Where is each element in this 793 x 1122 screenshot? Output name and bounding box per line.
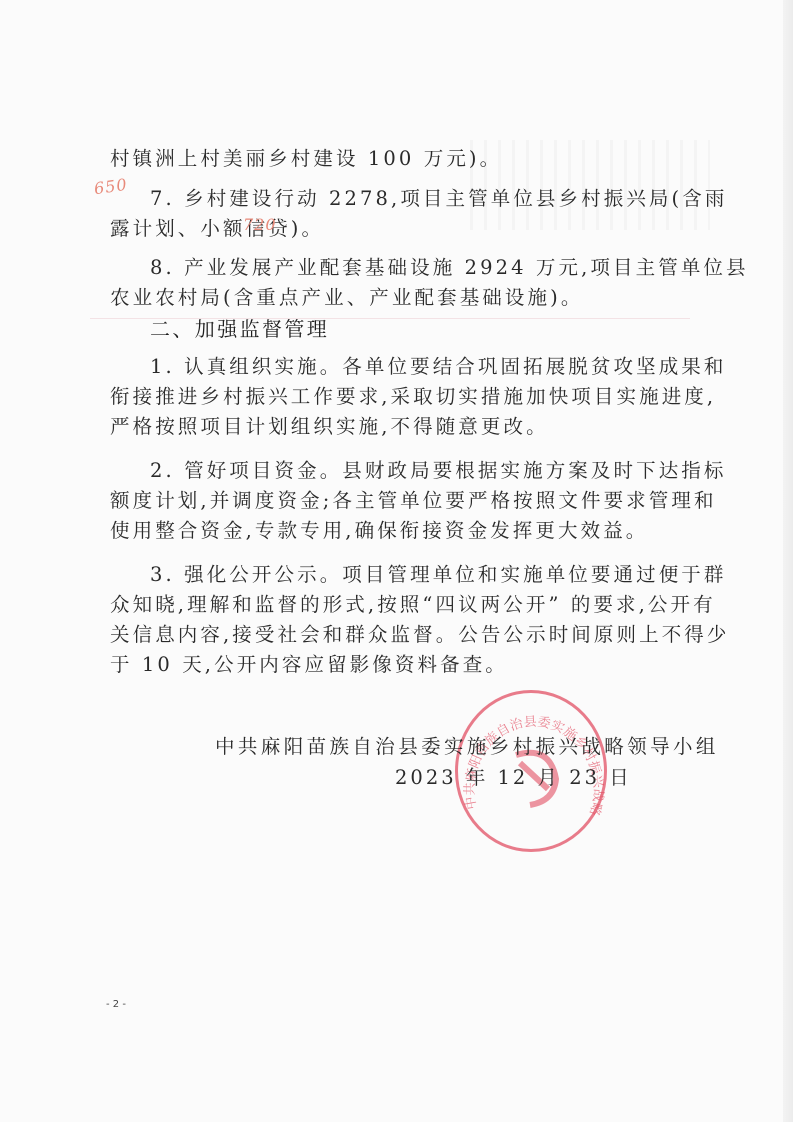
issuer-signature: 中共麻阳苗族自治县委实施乡村振兴战略领导小组 bbox=[215, 735, 719, 759]
para-2-line-3: 使用整合资金,专款专用,确保衔接资金发挥更大效益。 bbox=[110, 519, 648, 543]
section-heading: 二、加强监督管理 bbox=[150, 317, 329, 341]
handwritten-annotation-left: 650 bbox=[93, 175, 129, 198]
para-3-line-4: 于 10 天,公开内容应留影像资料备查。 bbox=[110, 653, 508, 677]
body-line-1: 村镇洲上村美丽乡村建设 100 万元)。 bbox=[110, 147, 502, 171]
para-3-line-3: 关信息内容,接受社会和群众监督。公告公示时间原则上不得少 bbox=[110, 623, 730, 647]
item-7-line-2: 露计划、小额信贷)。 bbox=[110, 217, 324, 241]
show-through-text bbox=[470, 140, 710, 230]
scan-edge bbox=[783, 0, 793, 1122]
page-number: - 2 - bbox=[106, 999, 126, 1010]
para-1-line-1: 1. 认真组织实施。各单位要结合巩固拓展脱贫攻坚成果和 bbox=[150, 355, 727, 379]
para-2-line-2: 额度计划,并调度资金;各主管单位要严格按照文件要求管理和 bbox=[110, 489, 717, 513]
document-page: 村镇洲上村美丽乡村建设 100 万元)。 7. 乡村建设行动 2278,项目主管… bbox=[0, 0, 793, 1122]
para-2-line-1: 2. 管好项目资金。县财政局要根据实施方案及时下达指标 bbox=[150, 459, 727, 483]
issue-date: 2023 年 12 月 23 日 bbox=[395, 766, 632, 790]
item-8-line-1: 8. 产业发展产业配套基础设施 2924 万元,项目主管单位县 bbox=[150, 256, 749, 280]
para-3-line-2: 众知晓,理解和监督的形式,按照“四议两公开” 的要求,公开有 bbox=[110, 593, 716, 617]
handwritten-annotation-inline: 720 bbox=[243, 215, 277, 234]
item-8-line-2: 农业农村局(含重点产业、产业配套基础设施)。 bbox=[110, 286, 583, 310]
para-1-line-2: 衔接推进乡村振兴工作要求,采取切实措施加快项目实施进度, bbox=[110, 385, 716, 409]
item-7-line-1: 7. 乡村建设行动 2278,项目主管单位县乡村振兴局(含雨 bbox=[150, 187, 727, 211]
para-3-line-1: 3. 强化公开公示。项目管理单位和实施单位要通过便于群 bbox=[150, 563, 727, 587]
para-1-line-3: 严格按照项目计划组织实施,不得随意更改。 bbox=[110, 415, 549, 439]
